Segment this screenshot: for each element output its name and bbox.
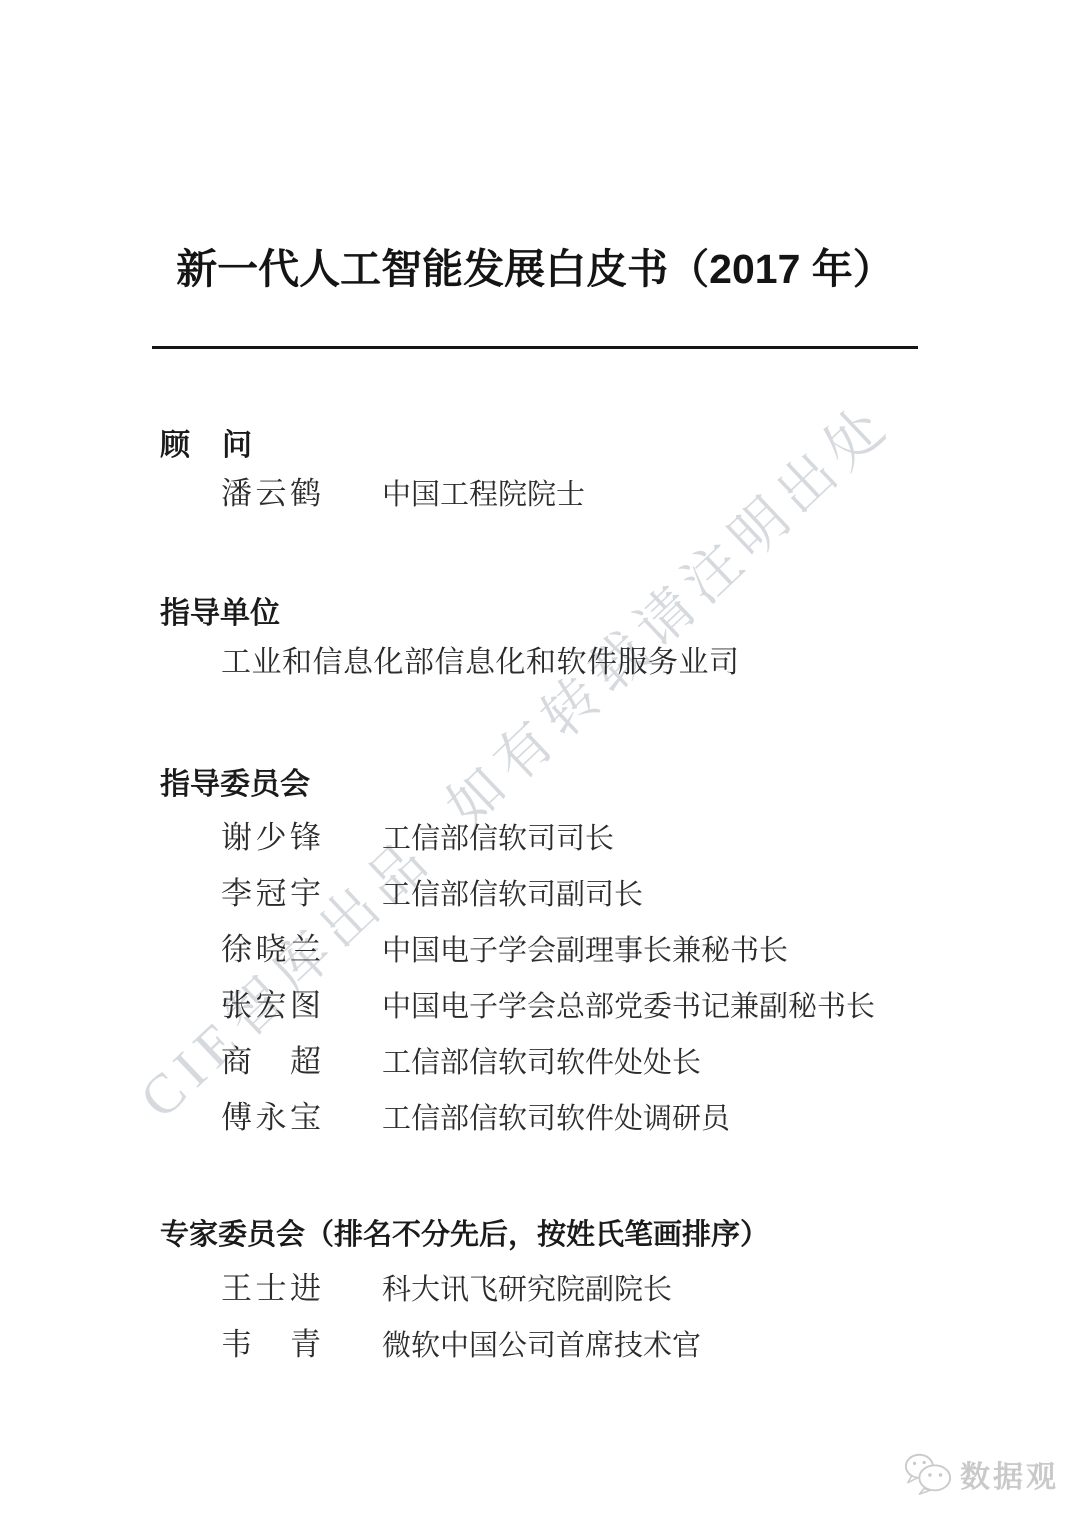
entry-title: 工信部信软司司长	[382, 822, 614, 856]
committee-row: 徐晓兰 中国电子学会副理事长兼秘书长	[221, 933, 788, 968]
entry-title: 中国电子学会副理事长兼秘书长	[382, 934, 788, 968]
wechat-bubbles-icon	[903, 1451, 953, 1497]
entry-title: 中国工程院院士	[382, 478, 585, 512]
content-layer: 新一代人工智能发展白皮书（2017 年） 顾问 潘云鹤 中国工程院院士 指导单位…	[0, 0, 1080, 1526]
entry-name: 商超	[221, 1045, 321, 1079]
entry-name: 徐晓兰	[221, 933, 321, 967]
entry-name: 潘云鹤	[221, 477, 321, 511]
section-heading-advisor: 顾问	[160, 428, 252, 464]
expert-row: 韦青 微软中国公司首席技术官	[221, 1328, 701, 1363]
guiding-unit-name: 工业和信息化部信息化和软件服务业司	[221, 645, 740, 681]
entry-title: 微软中国公司首席技术官	[382, 1329, 701, 1363]
advisor-row: 潘云鹤 中国工程院院士	[221, 477, 585, 512]
dataview-logo: 数据观	[903, 1451, 1059, 1497]
entry-name: 张宏图	[221, 989, 321, 1023]
committee-row: 傅永宝 工信部信软司软件处调研员	[221, 1101, 730, 1136]
committee-row: 张宏图 中国电子学会总部党委书记兼副秘书长	[221, 989, 875, 1024]
entry-name: 韦青	[221, 1328, 321, 1362]
entry-title: 中国电子学会总部党委书记兼副秘书长	[382, 990, 875, 1024]
entry-title: 工信部信软司软件处调研员	[382, 1102, 730, 1136]
entry-name: 李冠宇	[221, 877, 321, 911]
committee-row: 商超 工信部信软司软件处处长	[221, 1045, 701, 1080]
entry-title: 工信部信软司软件处处长	[382, 1046, 701, 1080]
entry-name: 傅永宝	[221, 1101, 321, 1135]
logo-text: 数据观	[960, 1452, 1059, 1496]
committee-row: 李冠宇 工信部信软司副司长	[221, 877, 643, 912]
document-page: CIE智库出品 如有转载请注明出处 新一代人工智能发展白皮书（2017 年） 顾…	[0, 0, 1080, 1526]
title-divider-rule	[152, 346, 918, 349]
expert-row: 王士进 科大讯飞研究院副院长	[221, 1272, 672, 1307]
entry-name: 王士进	[221, 1272, 321, 1306]
section-heading-guiding-unit: 指导单位	[160, 596, 280, 632]
entry-title: 科大讯飞研究院副院长	[382, 1273, 672, 1307]
section-heading-steering-committee: 指导委员会	[160, 767, 310, 803]
page-title: 新一代人工智能发展白皮书（2017 年）	[152, 243, 918, 295]
entry-name: 谢少锋	[221, 821, 321, 855]
committee-row: 谢少锋 工信部信软司司长	[221, 821, 614, 856]
entry-title: 工信部信软司副司长	[382, 878, 643, 912]
section-heading-expert-committee: 专家委员会（排名不分先后，按姓氏笔画排序）	[160, 1217, 769, 1253]
